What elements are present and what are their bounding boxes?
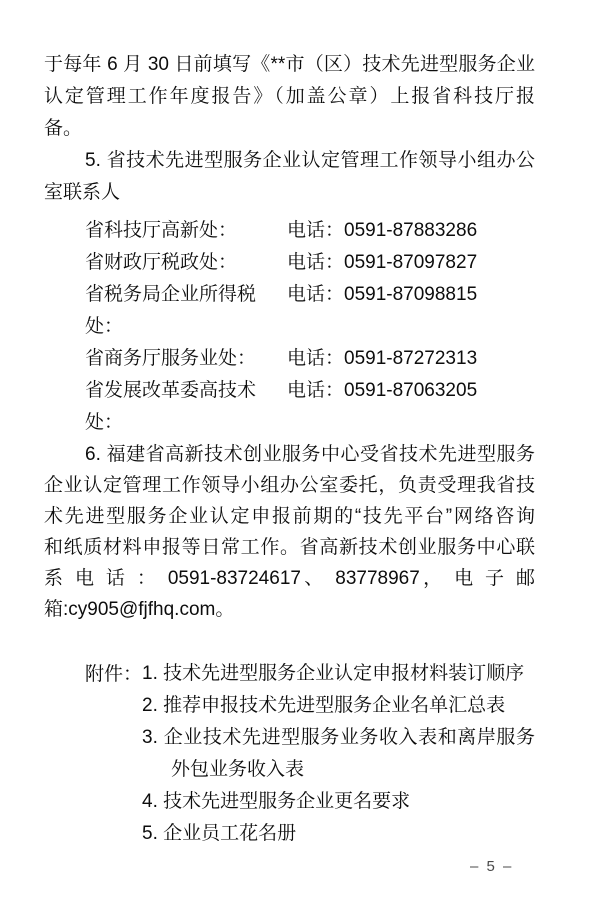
contact-dept: 省商务厅服务业处： [85, 343, 287, 375]
contact-phone: 电话：0591-87272313 [287, 343, 477, 375]
text-line: 箱:cy905@fjfhq.com。 [44, 594, 535, 625]
attachment-item-wrap-line: 外包业务收入表 [142, 754, 535, 786]
contact-list: 省科技厅高新处： 电话：0591-87883286 省财政厅税政处： 电话：05… [44, 215, 535, 439]
attachment-item: 5. 企业员工花名册 [142, 818, 535, 850]
contact-phone: 电话：0591-87063205 [287, 375, 477, 439]
contact-row: 省发展改革委高技术处： 电话：0591-87063205 [44, 375, 535, 439]
attachments-block: 附件： 1. 技术先进型服务企业认定申报材料装订顺序 2. 推荐申报技术先进型服… [44, 658, 535, 850]
attachment-item: 2. 推荐申报技术先进型服务企业名单汇总表 [142, 690, 535, 722]
text-line: 于每年 6 月 30 日前填写《**市（区）技术先进型服务企业 [44, 49, 535, 81]
contact-phone: 电话：0591-87097827 [287, 247, 477, 279]
contact-phone: 电话：0591-87883286 [287, 215, 477, 247]
attachment-item: 4. 技术先进型服务企业更名要求 [142, 786, 535, 818]
text-line: 室联系人 [44, 177, 535, 209]
contact-dept: 省财政厅税政处： [85, 247, 287, 279]
text-line: 1. 技术先进型服务企业认定申报材料装订顺序 [142, 658, 535, 690]
document-content: 于每年 6 月 30 日前填写《**市（区）技术先进型服务企业 认定管理工作年度… [0, 0, 614, 850]
contact-phone: 电话：0591-87098815 [287, 279, 477, 343]
text-line: 2. 推荐申报技术先进型服务企业名单汇总表 [142, 690, 535, 722]
text-line: 和纸质材料申报等日常工作。省高新技术创业服务中心联 [44, 532, 535, 563]
section6-paragraph: 6. 福建省高新技术创业服务中心受省技术先进型服务 企业认定管理工作领导小组办公… [44, 439, 535, 625]
contact-dept: 省发展改革委高技术处： [85, 375, 287, 439]
attachments-label: 附件： [85, 658, 142, 850]
contact-dept: 省科技厅高新处： [85, 215, 287, 247]
attachments-list: 1. 技术先进型服务企业认定申报材料装订顺序 2. 推荐申报技术先进型服务企业名… [142, 658, 535, 850]
attachment-item: 1. 技术先进型服务企业认定申报材料装订顺序 [142, 658, 535, 690]
attachment-item: 3. 企业技术先进型服务业务收入表和离岸服务 外包业务收入表 [142, 722, 535, 786]
document-page: 于每年 6 月 30 日前填写《**市（区）技术先进型服务企业 认定管理工作年度… [0, 0, 614, 903]
text-line: 3. 企业技术先进型服务业务收入表和离岸服务 [142, 722, 535, 754]
text-line: 认定管理工作年度报告》（加盖公章）上报省科技厅报 [44, 81, 535, 113]
contact-row: 省商务厅服务业处： 电话：0591-87272313 [44, 343, 535, 375]
text-line: 企业认定管理工作领导小组办公室委托，负责受理我省技 [44, 470, 535, 501]
text-line: 备。 [44, 113, 535, 145]
text-line: 术先进型服务企业认定申报前期的“技先平台”网络咨询 [44, 501, 535, 532]
text-line: 4. 技术先进型服务企业更名要求 [142, 786, 535, 818]
text-line: 5. 省技术先进型服务企业认定管理工作领导小组办公 [44, 145, 535, 177]
contact-row: 省科技厅高新处： 电话：0591-87883286 [44, 215, 535, 247]
section5-paragraph: 5. 省技术先进型服务企业认定管理工作领导小组办公 室联系人 [44, 145, 535, 209]
text-line: 6. 福建省高新技术创业服务中心受省技术先进型服务 [44, 439, 535, 470]
text-line: 5. 企业员工花名册 [142, 818, 535, 850]
page-number: – 5 – [470, 858, 560, 875]
contact-dept: 省税务局企业所得税处： [85, 279, 287, 343]
contact-row: 省财政厅税政处： 电话：0591-87097827 [44, 247, 535, 279]
text-line: 系 电 话 ： 0591-83724617、 83778967， 电 子 邮 [44, 563, 535, 594]
contact-row: 省税务局企业所得税处： 电话：0591-87098815 [44, 279, 535, 343]
carryover-paragraph: 于每年 6 月 30 日前填写《**市（区）技术先进型服务企业 认定管理工作年度… [44, 49, 535, 145]
